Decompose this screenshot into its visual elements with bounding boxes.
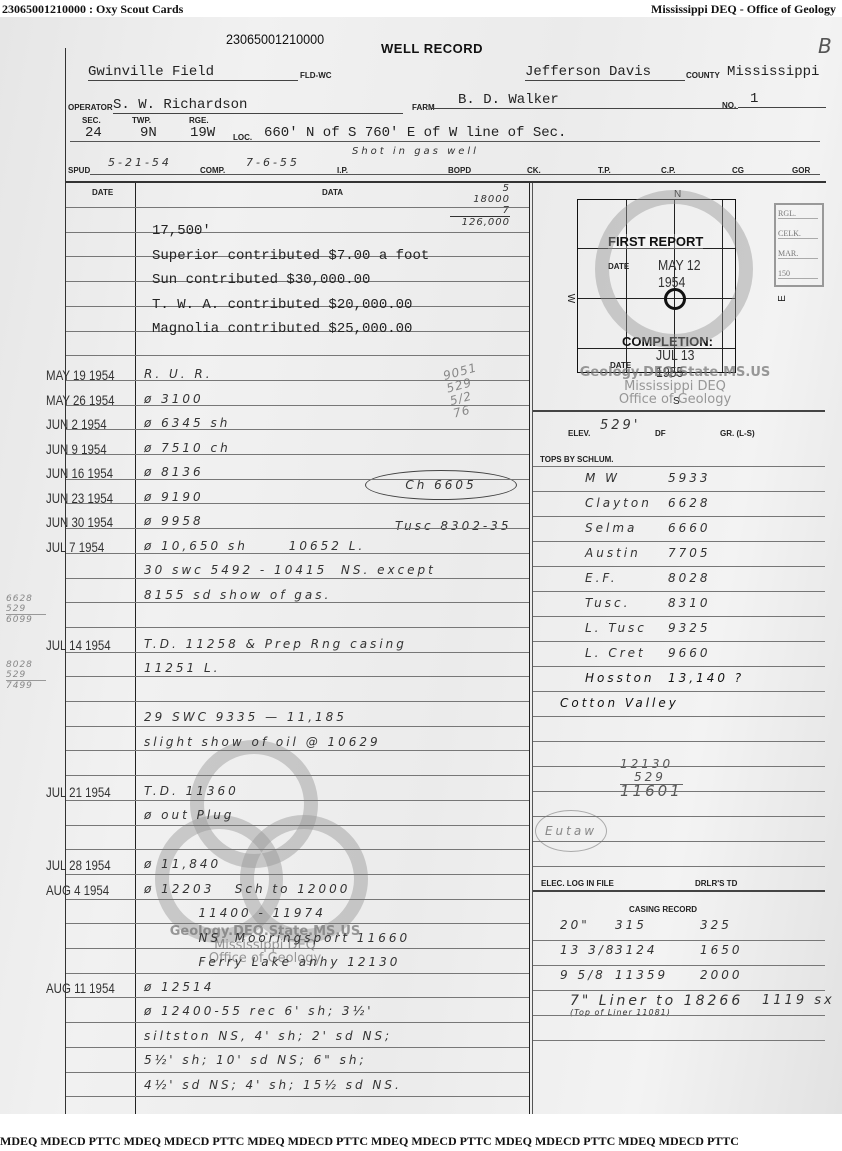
casing-sacks: 325: [700, 918, 732, 932]
annotation-tusc: Tusc 8302-35: [395, 519, 512, 533]
entry-date: JUN 2 1954: [46, 416, 124, 432]
casing-sacks: 2000: [700, 968, 743, 982]
tops-label: TOPS BY SCHLUM.: [540, 455, 614, 464]
liner-text: 7" Liner to 18266: [570, 993, 743, 1009]
sec-value: 24: [85, 125, 102, 141]
elec-log-label: ELEC. LOG IN FILE: [541, 879, 614, 888]
formation-depth: 13,140 ?: [668, 671, 744, 685]
right-row-line: [533, 741, 825, 742]
entry-date: JUN 9 1954: [46, 441, 124, 457]
table-row-line: [66, 1096, 529, 1097]
table-row-line: [66, 800, 529, 801]
margin-calculation: 5 18000 7 126,000: [450, 183, 510, 228]
table-row-line: [66, 899, 529, 900]
table-row-line: [66, 1072, 529, 1073]
calc-line: 6099: [6, 614, 46, 625]
table-row-line: [66, 207, 529, 208]
entry-text: siltston NS, 4' sh; 2' sd NS;: [144, 1029, 392, 1043]
entry-text: 11251 L.: [144, 661, 221, 675]
calc-line: 529: [6, 604, 46, 614]
right-calc: 12130 529 11601: [620, 758, 683, 798]
right-row-line: [533, 816, 825, 817]
casing-size: 20": [560, 918, 590, 932]
formation-name: Cotton Valley: [560, 696, 679, 710]
formation-depth: 7705: [668, 546, 711, 560]
table-row-line: [66, 1022, 529, 1023]
formation-name: Tusc.: [585, 596, 630, 610]
calc-line: 5: [450, 183, 510, 194]
right-row-line: [533, 466, 825, 467]
watermark-line: Office of Geology: [575, 393, 775, 407]
entry-text: 5½' sh; 10' sd NS; 6" sh;: [144, 1053, 366, 1067]
table-row-line: [66, 825, 529, 826]
entry-text: ø 9958: [144, 514, 204, 528]
data-column-divider: [529, 183, 530, 1114]
formation-name: L. Tusc: [585, 621, 647, 635]
formation-name: E.F.: [585, 571, 618, 585]
rge-label: RGE.: [189, 116, 209, 125]
rge-value: 19W: [190, 125, 215, 141]
margin-calc-left-1: 6628 529 6099: [6, 594, 46, 625]
entry-date: JUN 16 1954: [46, 465, 124, 481]
entry-text: 8155 sd show of gas.: [144, 588, 331, 602]
table-row-line: [66, 479, 529, 480]
header-title-right: Mississippi DEQ - Office of Geology: [651, 2, 836, 17]
typed-line: Superior contributed $7.00 a foot: [152, 248, 429, 264]
stamp-row: CELK.: [778, 229, 818, 239]
map-east-label: E: [777, 295, 788, 302]
state-value: Mississippi: [727, 64, 819, 80]
page-title: WELL RECORD: [381, 41, 483, 56]
entry-date: JUN 30 1954: [46, 514, 124, 530]
gr-label: GR. (L-S): [720, 429, 755, 438]
casing-row-line: [533, 965, 825, 966]
right-row-line: [533, 591, 825, 592]
typed-line: 17,500': [152, 223, 211, 239]
right-row-line: [533, 716, 825, 717]
calc-line: 6628: [6, 594, 46, 604]
table-row-line: [66, 429, 529, 430]
table-row-line: [66, 923, 529, 924]
entry-date: MAY 19 1954: [46, 367, 124, 383]
liner-sacks: 1119 sx: [762, 993, 835, 1008]
right-row-line: [533, 766, 825, 767]
entry-text: ø 6345 sh: [144, 416, 230, 430]
entry-text: 4½' sd NS; 4' sh; 15½ sd NS.: [144, 1078, 402, 1092]
formation-depth: 9325: [668, 621, 711, 635]
right-row-line: [533, 516, 825, 517]
calc-line: 529: [6, 670, 46, 680]
twp-label: TWP.: [132, 116, 151, 125]
no-label: NO.: [722, 101, 736, 110]
table-row-line: [66, 578, 529, 579]
right-row-line: [533, 541, 825, 542]
casing-record-label: CASING RECORD: [629, 905, 697, 914]
table-row-line: [66, 726, 529, 727]
right-row-line: [533, 791, 825, 792]
county-value: Jefferson Davis: [525, 64, 685, 81]
entry-date: AUG 11 1954: [46, 980, 124, 996]
corner-mark: B: [818, 34, 835, 58]
right-row-line: [533, 491, 825, 492]
entry-text: ø 9190: [144, 490, 204, 504]
entry-text: T.D. 11360: [144, 784, 239, 798]
casing-size: 13 3/8: [560, 943, 616, 957]
table-row-line: [66, 355, 529, 356]
table-row-line: [66, 750, 529, 751]
note-shot-in-gas-well: Shot in gas well: [352, 146, 479, 157]
formation-name: Austin: [585, 546, 641, 560]
table-row-line: [66, 948, 529, 949]
table-row-line: [66, 849, 529, 850]
api-number: 23065001210000: [226, 31, 324, 47]
right-row-line: [533, 841, 825, 842]
table-row-line: [66, 602, 529, 603]
entry-date: JUL 28 1954: [46, 857, 124, 873]
entry-text: R. U. R.: [144, 367, 213, 381]
table-row-line: [66, 973, 529, 974]
elev-label: ELEV.: [568, 429, 590, 438]
table-row-line: [66, 405, 529, 406]
entry-text: 30 swc 5492 - 10415 NS. except: [144, 563, 436, 577]
entry-text: ø 12203 Sch to 12000: [144, 882, 350, 896]
right-row-line: [533, 566, 825, 567]
table-row-line: [66, 997, 529, 998]
formation-depth: 6628: [668, 496, 711, 510]
df-label: DF: [655, 429, 666, 438]
table-row-line: [66, 232, 529, 233]
entry-text: Ferry Lake anhy 12130: [144, 955, 400, 969]
county-label: COUNTY: [686, 71, 720, 80]
formation-depth: 5933: [668, 471, 711, 485]
formation-name: L. Cret: [585, 646, 646, 660]
table-row-line: [66, 652, 529, 653]
spud-value: 5-21-54: [108, 156, 172, 169]
stamp-row: MAR.: [778, 249, 818, 259]
casing-row-line: [533, 940, 825, 941]
casing-row-line: [533, 1015, 825, 1016]
casing-row-line: [533, 1040, 825, 1041]
entry-text: ø 3100: [144, 392, 204, 406]
casing-depth: 315: [615, 918, 647, 932]
calc-line: 7499: [6, 680, 46, 691]
data-column-header: DATA: [322, 188, 343, 197]
twp-value: 9N: [140, 125, 157, 141]
formation-depth: 8028: [668, 571, 711, 585]
table-row-line: [66, 627, 529, 628]
table-row-line: [66, 380, 529, 381]
typed-line: Sun contributed $30,000.00: [152, 272, 370, 288]
right-row-line: [533, 666, 825, 667]
margin-calc-left-2: 8028 529 7499: [6, 660, 46, 691]
casing-depth: 3124: [615, 943, 658, 957]
rule: [70, 141, 820, 142]
table-top-border: [66, 181, 826, 183]
entry-date: MAY 26 1954: [46, 392, 124, 408]
typed-line: Magnolia contributed $25,000.00: [152, 321, 412, 337]
right-row-line: [533, 691, 825, 692]
deq-logo-watermark: [595, 190, 753, 348]
calc-line: 18000: [450, 194, 510, 205]
casing-depth: 11359: [615, 968, 668, 982]
sec-label: SEC.: [82, 116, 101, 125]
date-column-divider: [135, 183, 136, 1114]
entry-date: JUN 23 1954: [46, 490, 124, 506]
typed-line: T. W. A. contributed $20,000.00: [152, 297, 412, 313]
circled-annotation-ch: Ch 6605: [365, 470, 517, 500]
formation-depth: 9660: [668, 646, 711, 660]
formation-name: Clayton: [585, 496, 652, 510]
operator-value: S. W. Richardson: [113, 97, 403, 114]
table-row-line: [66, 503, 529, 504]
right-row-line: [533, 616, 825, 617]
table-row-line: [66, 874, 529, 875]
entry-text: ø 8136: [144, 465, 204, 479]
review-stamp: RGL.CELK.MAR.150: [774, 203, 824, 287]
entry-date: JUL 14 1954: [46, 637, 124, 653]
formation-name: Selma: [585, 521, 637, 535]
no-value: 1: [738, 91, 826, 108]
right-row-line: [533, 641, 825, 642]
entry-text: ø out Plug: [144, 808, 234, 822]
entry-date: AUG 4 1954: [46, 882, 124, 898]
rule: [533, 890, 825, 892]
table-row-line: [66, 775, 529, 776]
operator-label: OPERATOR: [68, 103, 113, 112]
table-row-line: [66, 1047, 529, 1048]
casing-row-line: [533, 990, 825, 991]
header-title-left: 23065001210000 : Oxy Scout Cards: [2, 2, 183, 17]
spud-label: SPUD: [68, 166, 90, 175]
drlr-td-label: DRLR'S TD: [695, 879, 737, 888]
map-west-label: W: [565, 294, 576, 303]
entry-text: 11400 - 11974: [144, 906, 326, 920]
elev-value: 529': [600, 418, 640, 433]
farm-value: B. D. Walker: [432, 92, 738, 109]
formation-name: M W: [585, 471, 620, 485]
calc-line: 8028: [6, 660, 46, 670]
rule: [90, 174, 820, 175]
watermark-line: Mississippi DEQ: [575, 380, 775, 394]
entry-text: ø 7510 ch: [144, 441, 231, 455]
entry-text: ø 12400-55 rec 6' sh; 3½': [144, 1004, 374, 1018]
watermark-top: Geology.DEQ.State.MS.US Mississippi DEQ …: [575, 366, 775, 407]
casing-size: 9 5/8: [560, 968, 606, 982]
stamp-row: 150: [778, 269, 818, 279]
date-column-header: DATE: [92, 188, 113, 197]
watermark-line: Geology.DEQ.State.MS.US: [575, 366, 775, 380]
right-row-line: [533, 866, 825, 867]
field-label: FLD-WC: [300, 71, 332, 80]
calc-line: 126,000: [450, 216, 510, 228]
formation-depth: 8310: [668, 596, 711, 610]
field-value: Gwinville Field: [88, 64, 298, 81]
rule: [533, 410, 825, 412]
loc-value: 660' N of S 760' E of W line of Sec.: [264, 125, 566, 141]
page-header: 23065001210000 : Oxy Scout Cards Mississ…: [0, 0, 842, 16]
comp-value: 7-6-55: [246, 156, 300, 169]
table-row-line: [66, 676, 529, 677]
casing-sacks: 1650: [700, 943, 743, 957]
entry-text: ø 12514: [144, 980, 214, 994]
entry-text: T.D. 11258 & Prep Rng casing: [144, 637, 407, 651]
table-row-line: [66, 701, 529, 702]
entry-text: slight show of oil @ 10629: [144, 735, 381, 749]
stamp-row: RGL.: [778, 209, 818, 219]
entry-text: ø 10,650 sh 10652 L.: [144, 539, 365, 553]
formation-depth: 6660: [668, 521, 711, 535]
entry-date: JUL 21 1954: [46, 784, 124, 800]
entry-text: NS Mooringsport 11660: [144, 931, 410, 945]
table-row-line: [66, 553, 529, 554]
data-column-divider-2: [532, 183, 533, 1114]
formation-name: Hosston: [585, 671, 655, 685]
page-footer: MDEQ MDECD PTTC MDEQ MDECD PTTC MDEQ MDE…: [0, 1134, 842, 1149]
entry-date: JUL 7 1954: [46, 539, 124, 555]
entry-text: ø 11,840: [144, 857, 221, 871]
table-row-line: [66, 454, 529, 455]
entry-text: 29 SWC 9335 — 11,185: [144, 710, 347, 724]
table-row-line: [66, 528, 529, 529]
